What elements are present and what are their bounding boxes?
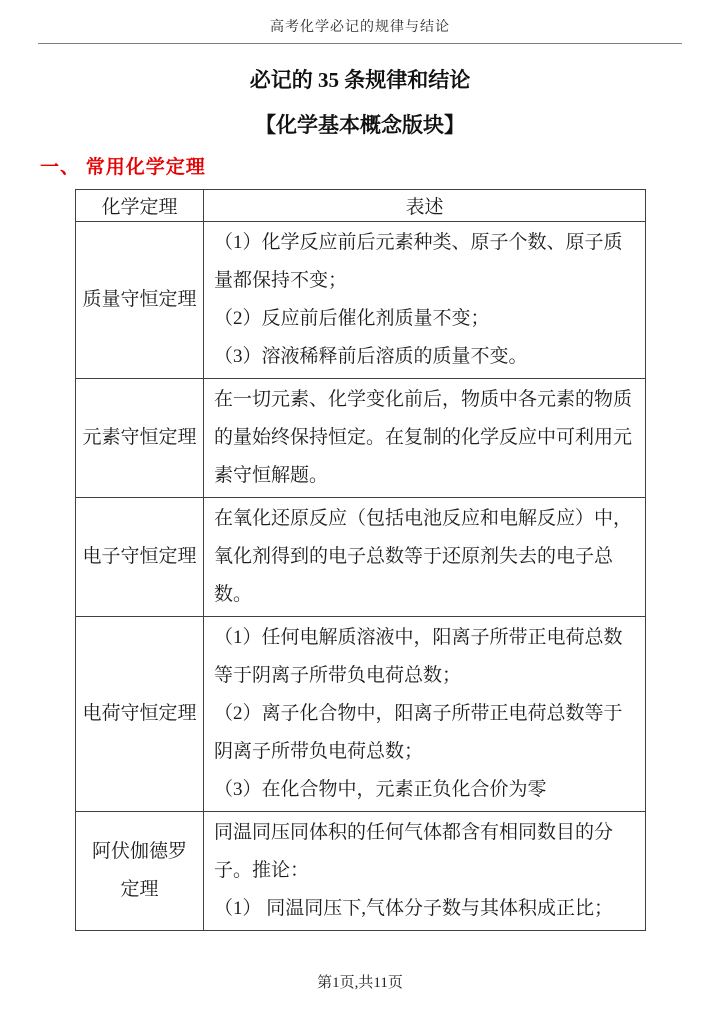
header-rule (38, 43, 682, 44)
table-header-row: 化学定理 表述 (76, 190, 646, 222)
statement-text: （1） 同温同压下,气体分子数与其体积成正比； (214, 890, 635, 928)
statement-text: （2）反应前后催化剂质量不变； (214, 300, 635, 338)
page-footer: 第1页,共11页 (0, 971, 720, 992)
statement-text: 在一切元素、化学变化前后，物质中各元素的物质的量始终保持恒定。在复制的化学反应中… (214, 381, 635, 495)
doc-subtitle: 【化学基本概念版块】 (0, 109, 720, 139)
statement-text: 在氧化还原反应（包括电池反应和电解反应）中，氧化剂得到的电子总数等于还原剂失去的… (214, 500, 635, 614)
theorem-name-cell: 电荷守恒定理 (76, 617, 204, 812)
statement-text: （1）任何电解质溶液中，阳离子所带正电荷总数等于阴离子所带负电荷总数； (214, 619, 635, 695)
statement-text: 同温同压同体积的任何气体都含有相同数目的分子。推论： (214, 814, 635, 890)
doc-title: 必记的 35 条规律和结论 (0, 64, 720, 94)
statement-cell: （1）化学反应前后元素种类、原子个数、原子质量都保持不变；（2）反应前后催化剂质… (204, 222, 646, 379)
theorem-name-cell: 元素守恒定理 (76, 379, 204, 498)
running-header: 高考化学必记的规律与结论 (0, 0, 720, 36)
theorem-name-cell: 阿伏伽德罗 定理 (76, 812, 204, 931)
table-row: 电荷守恒定理（1）任何电解质溶液中，阳离子所带正电荷总数等于阴离子所带负电荷总数… (76, 617, 646, 812)
statement-cell: 在一切元素、化学变化前后，物质中各元素的物质的量始终保持恒定。在复制的化学反应中… (204, 379, 646, 498)
section-heading: 一、 常用化学定理 (40, 152, 720, 179)
statement-text: （3）在化合物中，元素正负化合价为零 (214, 771, 635, 809)
column-header-statement: 表述 (204, 190, 646, 222)
statement-cell: （1）任何电解质溶液中，阳离子所带正电荷总数等于阴离子所带负电荷总数；（2）离子… (204, 617, 646, 812)
table-row: 元素守恒定理在一切元素、化学变化前后，物质中各元素的物质的量始终保持恒定。在复制… (76, 379, 646, 498)
theorem-table: 化学定理 表述 质量守恒定理（1）化学反应前后元素种类、原子个数、原子质量都保持… (75, 189, 646, 931)
theorem-name-cell: 电子守恒定理 (76, 498, 204, 617)
statement-cell: 同温同压同体积的任何气体都含有相同数目的分子。推论：（1） 同温同压下,气体分子… (204, 812, 646, 931)
table-row: 质量守恒定理（1）化学反应前后元素种类、原子个数、原子质量都保持不变；（2）反应… (76, 222, 646, 379)
statement-text: （2）离子化合物中，阳离子所带正电荷总数等于阴离子所带负电荷总数； (214, 695, 635, 771)
statement-cell: 在氧化还原反应（包括电池反应和电解反应）中，氧化剂得到的电子总数等于还原剂失去的… (204, 498, 646, 617)
table-row: 阿伏伽德罗 定理同温同压同体积的任何气体都含有相同数目的分子。推论：（1） 同温… (76, 812, 646, 931)
table-body: 质量守恒定理（1）化学反应前后元素种类、原子个数、原子质量都保持不变；（2）反应… (76, 222, 646, 931)
statement-text: （1）化学反应前后元素种类、原子个数、原子质量都保持不变； (214, 224, 635, 300)
column-header-theorem: 化学定理 (76, 190, 204, 222)
statement-text: （3）溶液稀释前后溶质的质量不变。 (214, 338, 635, 376)
theorem-name-cell: 质量守恒定理 (76, 222, 204, 379)
table-row: 电子守恒定理在氧化还原反应（包括电池反应和电解反应）中，氧化剂得到的电子总数等于… (76, 498, 646, 617)
